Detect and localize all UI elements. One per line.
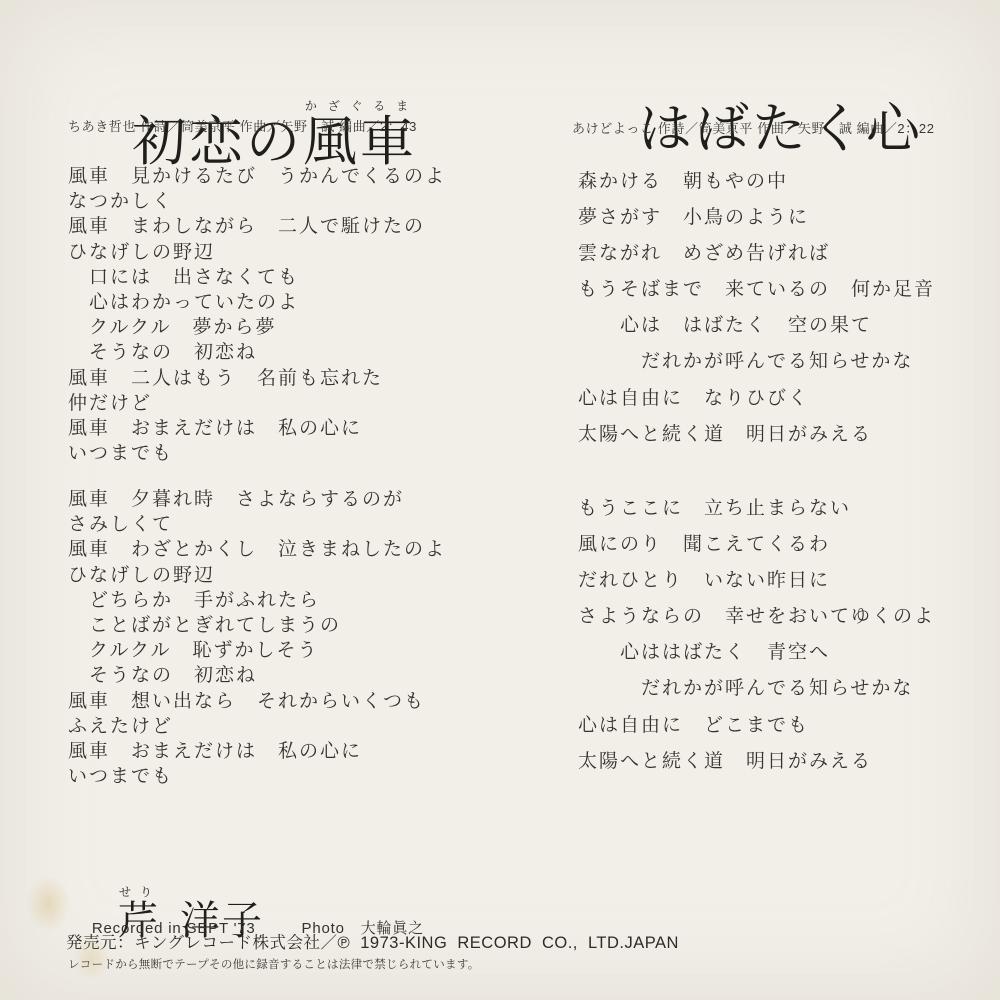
song1-title-furigana: かざぐるま <box>303 99 417 113</box>
lyric-line: ことばがとぎれてしまうの <box>68 613 446 638</box>
lyric-line: ひなげしの野辺 <box>68 563 446 588</box>
record-sleeve-lyric-sheet: 初恋の風車かざぐるま ちあき哲也 作詩／筒美京平 作曲／矢野 誠 編曲／2：43… <box>0 0 1000 1000</box>
lyric-line: どちらか 手がふれたら <box>68 588 446 613</box>
lyric-line: 雲ながれ めざめ告げれば <box>578 236 935 272</box>
lyric-line: 風にのり 聞こえてくるわ <box>578 527 935 563</box>
lyric-line: 風車 まわしながら 二人で駈けたの <box>68 214 446 239</box>
lyric-line: クルクル 恥ずかしそう <box>68 638 446 663</box>
lyric-line: もうここに 立ち止まらない <box>578 491 935 527</box>
paper-stain <box>26 876 70 932</box>
legal-notice: レコードから無断でテープその他に録音することは法律で禁じられています。 <box>68 956 480 972</box>
song1-credit: ちあき哲也 作詩／筒美京平 作曲／矢野 誠 編曲／2：43 <box>68 116 417 135</box>
lyric-line: さようならの 幸せをおいてゆくのよ <box>578 599 935 635</box>
lyric-line: だれひとり いない昨日に <box>578 563 935 599</box>
song1-verse1: 風車 見かけるたび うかんでくるのよなつかしく風車 まわしながら 二人で駈けたの… <box>68 164 446 466</box>
song2-credit: あけどよっこ 作詩／筒美京平 作曲／矢野 誠 編曲／2：22 <box>572 118 935 137</box>
lyric-line: だれかが呼んでる知らせかな <box>578 344 935 380</box>
lyric-line: 風車 わざとかくし 泣きまねしたのよ <box>68 537 446 562</box>
lyric-line: そうなの 初恋ね <box>68 340 446 365</box>
lyric-line: 心は はばたく 空の果て <box>578 308 935 344</box>
publisher-line: 発売元：キングレコード株式会社／℗ 1973-KING RECORD CO., … <box>66 929 679 953</box>
song2-verse1: 森かける 朝もやの中夢さがす 小鳥のように雲ながれ めざめ告げればもうそばまで … <box>578 164 935 453</box>
lyric-line: 口には 出さなくても <box>68 265 446 290</box>
lyric-line: いつまでも <box>68 441 446 466</box>
song1-verse2: 風車 夕暮れ時 さよならするのがさみしくて風車 わざとかくし 泣きまねしたのよひ… <box>68 487 446 789</box>
lyric-line: 心ははばたく 青空へ <box>578 635 935 671</box>
lyric-line: 風車 見かけるたび うかんでくるのよ <box>68 164 446 189</box>
lyric-line: だれかが呼んでる知らせかな <box>578 671 935 707</box>
lyric-line: 風車 おまえだけは 私の心に <box>68 416 446 441</box>
lyric-line: 風車 想い出なら それからいくつも <box>68 689 446 714</box>
lyric-line: 心は自由に どこまでも <box>578 708 935 744</box>
lyric-line: 風車 おまえだけは 私の心に <box>68 739 446 764</box>
lyric-line: 仲だけど <box>68 391 446 416</box>
lyric-line: 心はわかっていたのよ <box>68 290 446 315</box>
artist-furigana: せり <box>118 885 160 899</box>
lyric-line: クルクル 夢から夢 <box>68 315 446 340</box>
lyric-line: ひなげしの野辺 <box>68 240 446 265</box>
lyric-line: 心は自由に なりひびく <box>578 381 935 417</box>
lyric-line: ふえたけど <box>68 714 446 739</box>
lyric-line: もうそばまで 来ているの 何か足音 <box>578 272 935 308</box>
lyric-line: いつまでも <box>68 764 446 789</box>
lyric-line: そうなの 初恋ね <box>68 663 446 688</box>
lyric-line: なつかしく <box>68 189 446 214</box>
lyric-line: 夢さがす 小鳥のように <box>578 200 935 236</box>
lyric-line: 太陽へと続く道 明日がみえる <box>578 417 935 453</box>
lyric-line: 太陽へと続く道 明日がみえる <box>578 744 935 780</box>
lyric-line: 風車 二人はもう 名前も忘れた <box>68 366 446 391</box>
lyric-line: 森かける 朝もやの中 <box>578 164 935 200</box>
lyric-line: さみしくて <box>68 512 446 537</box>
lyric-line: 風車 夕暮れ時 さよならするのが <box>68 487 446 512</box>
song2-verse2: もうここに 立ち止まらない風にのり 聞こえてくるわだれひとり いない昨日にさよう… <box>578 491 935 780</box>
